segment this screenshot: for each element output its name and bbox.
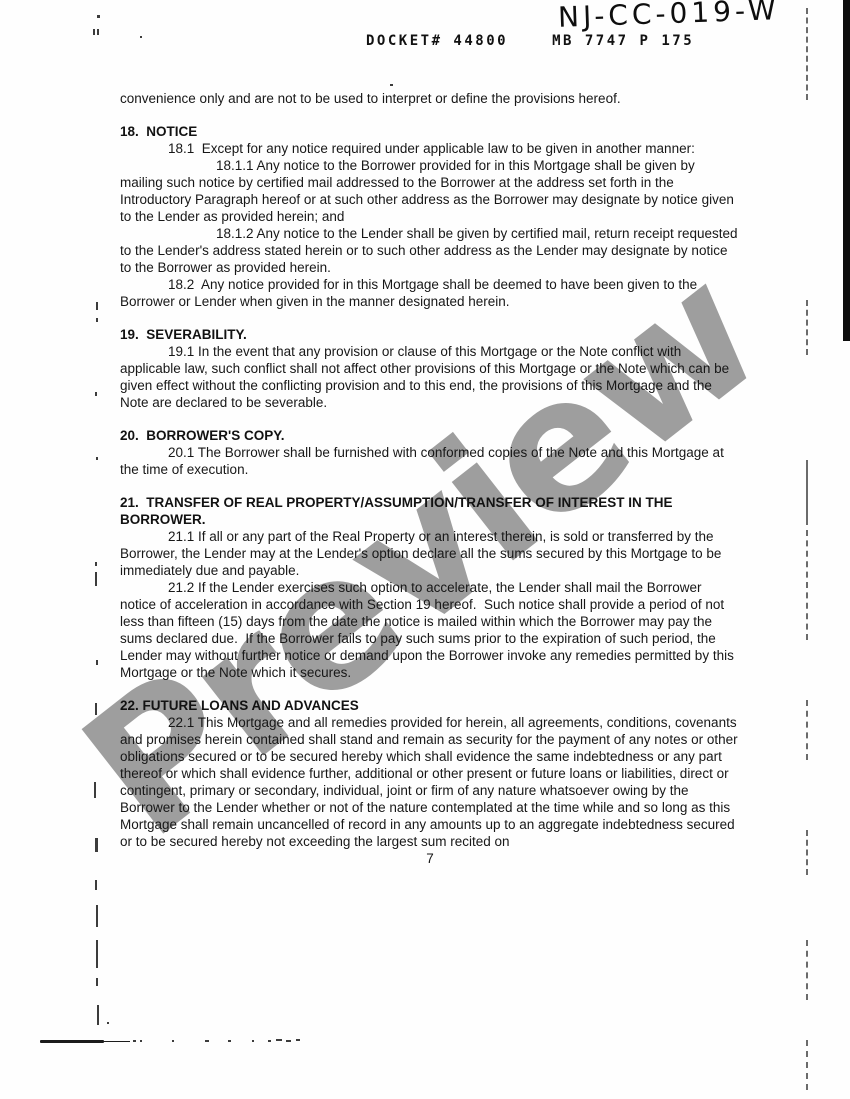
section-18-notice: 18. NOTICE 18.1 Except for any notice re… (120, 123, 740, 310)
scan-speck (94, 782, 96, 798)
scan-speck (97, 29, 99, 35)
scan-speck (268, 1040, 271, 1042)
paragraph-21-2: 21.2 If the Lender exercises such option… (120, 579, 740, 681)
docket-number: DOCKET# 44800 (366, 33, 508, 49)
fold-line-segment (806, 8, 808, 100)
scan-speck (96, 940, 98, 968)
page-number: 7 (120, 850, 740, 867)
section-19-severability: 19. SEVERABILITY. 19.1 In the event that… (120, 326, 740, 411)
scan-speck (97, 15, 100, 18)
paragraph-20-1: 20.1 The Borrower shall be furnished wit… (120, 444, 740, 478)
scan-speck (140, 36, 142, 38)
scan-speck (205, 1040, 209, 1042)
scan-speck (95, 880, 97, 890)
scanned-document-page: Preview NJ-CC-019-W DOCKET# 44800 MB 774… (0, 0, 850, 1099)
document-body: convenience only and are not to be used … (120, 90, 740, 867)
section-21-transfer: 21. TRANSFER OF REAL PROPERTY/ASSUMPTION… (120, 494, 740, 681)
scan-speck (95, 838, 98, 852)
section-22-heading: 22. FUTURE LOANS AND ADVANCES (120, 697, 740, 714)
fold-line-segment (806, 1040, 808, 1090)
scan-speck (95, 562, 97, 566)
fold-line-segment (806, 940, 808, 1000)
paragraph-18-1: 18.1 Except for any notice required unde… (120, 140, 740, 157)
scan-speck (96, 318, 98, 322)
fold-line-segment (806, 530, 808, 640)
section-18-heading: 18. NOTICE (120, 123, 740, 140)
paragraph-18-1-1: 18.1.1 Any notice to the Borrower provid… (120, 157, 740, 225)
fold-line-segment (806, 700, 808, 760)
scan-speck (97, 1005, 99, 1025)
docket-header: DOCKET# 44800 MB 7747 P 175 (366, 33, 694, 49)
scan-speck (107, 1022, 109, 1024)
scan-speck (96, 978, 98, 986)
scan-speck (95, 572, 97, 586)
scan-speck (228, 1040, 231, 1042)
paragraph-21-1: 21.1 If all or any part of the Real Prop… (120, 528, 740, 579)
continuation-paragraph: convenience only and are not to be used … (120, 90, 740, 107)
section-19-heading: 19. SEVERABILITY. (120, 326, 740, 343)
scan-speck (286, 1040, 291, 1042)
paragraph-19-1: 19.1 In the event that any provision or … (120, 343, 740, 411)
scan-speck (252, 1040, 254, 1042)
scan-smudge-line (40, 1040, 104, 1043)
paragraph-22-1: 22.1 This Mortgage and all remedies prov… (120, 714, 740, 850)
scan-speck (96, 457, 98, 460)
paragraph-18-1-2: 18.1.2 Any notice to the Lender shall be… (120, 225, 740, 276)
scan-speck (140, 1040, 142, 1042)
fold-line-segment (806, 460, 808, 525)
scan-speck (390, 84, 393, 86)
handwritten-case-number: NJ-CC-019-W (557, 0, 780, 34)
scan-smudge-line (102, 1041, 130, 1042)
section-20-borrowers-copy: 20. BORROWER'S COPY. 20.1 The Borrower s… (120, 427, 740, 478)
scan-speck (133, 1040, 136, 1042)
scan-speck (96, 660, 98, 665)
scan-speck (96, 905, 98, 927)
section-22-future-loans: 22. FUTURE LOANS AND ADVANCES 22.1 This … (120, 697, 740, 850)
scan-speck (95, 703, 97, 715)
scan-speck (296, 1039, 300, 1041)
scan-speck (96, 302, 98, 310)
book-page-ref: MB 7747 P 175 (552, 33, 694, 49)
section-21-heading: 21. TRANSFER OF REAL PROPERTY/ASSUMPTION… (120, 494, 740, 528)
fold-line-segment (806, 830, 808, 875)
right-edge-scan-bar (843, 0, 850, 341)
scan-speck (276, 1039, 282, 1041)
paragraph-18-2: 18.2 Any notice provided for in this Mor… (120, 276, 740, 310)
scan-speck (95, 392, 97, 396)
fold-line-segment (806, 300, 808, 355)
scan-speck (172, 1040, 174, 1042)
scan-speck (93, 29, 95, 35)
section-20-heading: 20. BORROWER'S COPY. (120, 427, 740, 444)
